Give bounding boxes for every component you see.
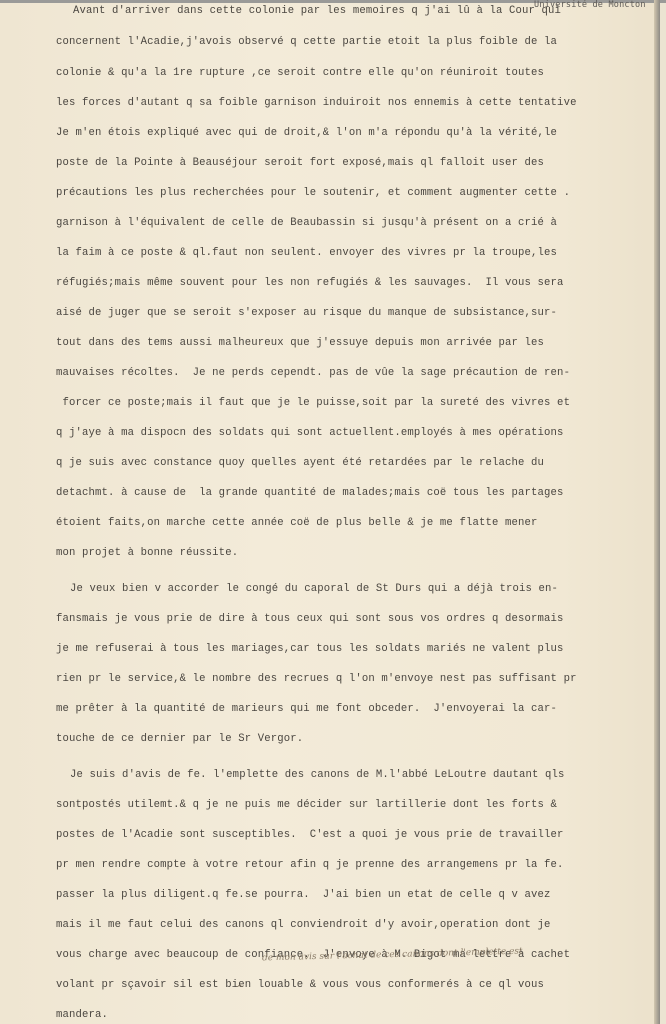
- document-page: Université de Moncton Avant d'arriver da…: [0, 0, 660, 1024]
- typed-line: postes de l'Acadie sont susceptibles. C'…: [56, 829, 564, 841]
- typed-line: colonie & qu'a la 1re rupture ,ce seroit…: [56, 67, 544, 79]
- typed-line: la faim à ce poste & ql.faut non seulent…: [56, 247, 557, 259]
- scan-edge-right: [654, 0, 660, 1024]
- typed-line: Je suis d'avis de fe. l'emplette des can…: [70, 769, 565, 781]
- typed-line: volant pr sçavoir sil est bien louable &…: [56, 979, 544, 991]
- typed-line: poste de la Pointe à Beauséjour seroit f…: [56, 157, 544, 169]
- typed-line: étoient faits,on marche cette année coë …: [56, 517, 538, 529]
- typed-line: touche de ce dernier par le Sr Vergor.: [56, 733, 303, 745]
- typed-line: aisé de juger que se seroit s'exposer au…: [56, 307, 557, 319]
- typed-line: sontpostés utilemt.& q je ne puis me déc…: [56, 799, 557, 811]
- typed-line: pr men rendre compte à votre retour afin…: [56, 859, 564, 871]
- typed-line: Je m'en étois expliqué avec qui de droit…: [56, 127, 557, 139]
- insertion-caret-mark: ^: [236, 984, 244, 994]
- typed-line: mandera.: [56, 1009, 108, 1021]
- typed-line: mauvaises récoltes. Je ne perds cependt.…: [56, 367, 570, 379]
- typed-line: réfugiés;mais même souvent pour les non …: [56, 277, 564, 289]
- typed-line: mon projet à bonne réussite.: [56, 547, 238, 559]
- typed-line: q je suis avec constance quoy quelles ay…: [56, 457, 544, 469]
- typed-line: passer la plus diligent.q fe.se pourra. …: [56, 889, 551, 901]
- typed-line: rien pr le service,& le nombre des recru…: [56, 673, 577, 685]
- typed-line: précautions les plus recherchées pour le…: [56, 187, 570, 199]
- typed-line: les forces d'autant q sa foible garnison…: [56, 97, 577, 109]
- typed-line: me prêter à la quantité de marieurs qui …: [56, 703, 557, 715]
- typed-line: q j'aye à ma dispocn des soldats qui son…: [56, 427, 564, 439]
- typed-line: Je veux bien v accorder le congé du capo…: [70, 583, 558, 595]
- typed-line: Avant d'arriver dans cette colonie par l…: [73, 5, 561, 17]
- typed-line: forcer ce poste;mais il faut que je le p…: [56, 397, 570, 409]
- typed-line: tout dans des tems aussi malheureux que …: [56, 337, 544, 349]
- typed-line: je me refuserai à tous les mariages,car …: [56, 643, 564, 655]
- typed-line: concernent l'Acadie,j'avois observé q ce…: [56, 36, 557, 48]
- typed-line: fansmais je vous prie de dire à tous ceu…: [56, 613, 564, 625]
- typed-line: detachmt. à cause de la grande quantité …: [56, 487, 564, 499]
- typed-line: garnison à l'équivalent de celle de Beau…: [56, 217, 557, 229]
- typed-line: mais il me faut celui des canons ql conv…: [56, 919, 551, 931]
